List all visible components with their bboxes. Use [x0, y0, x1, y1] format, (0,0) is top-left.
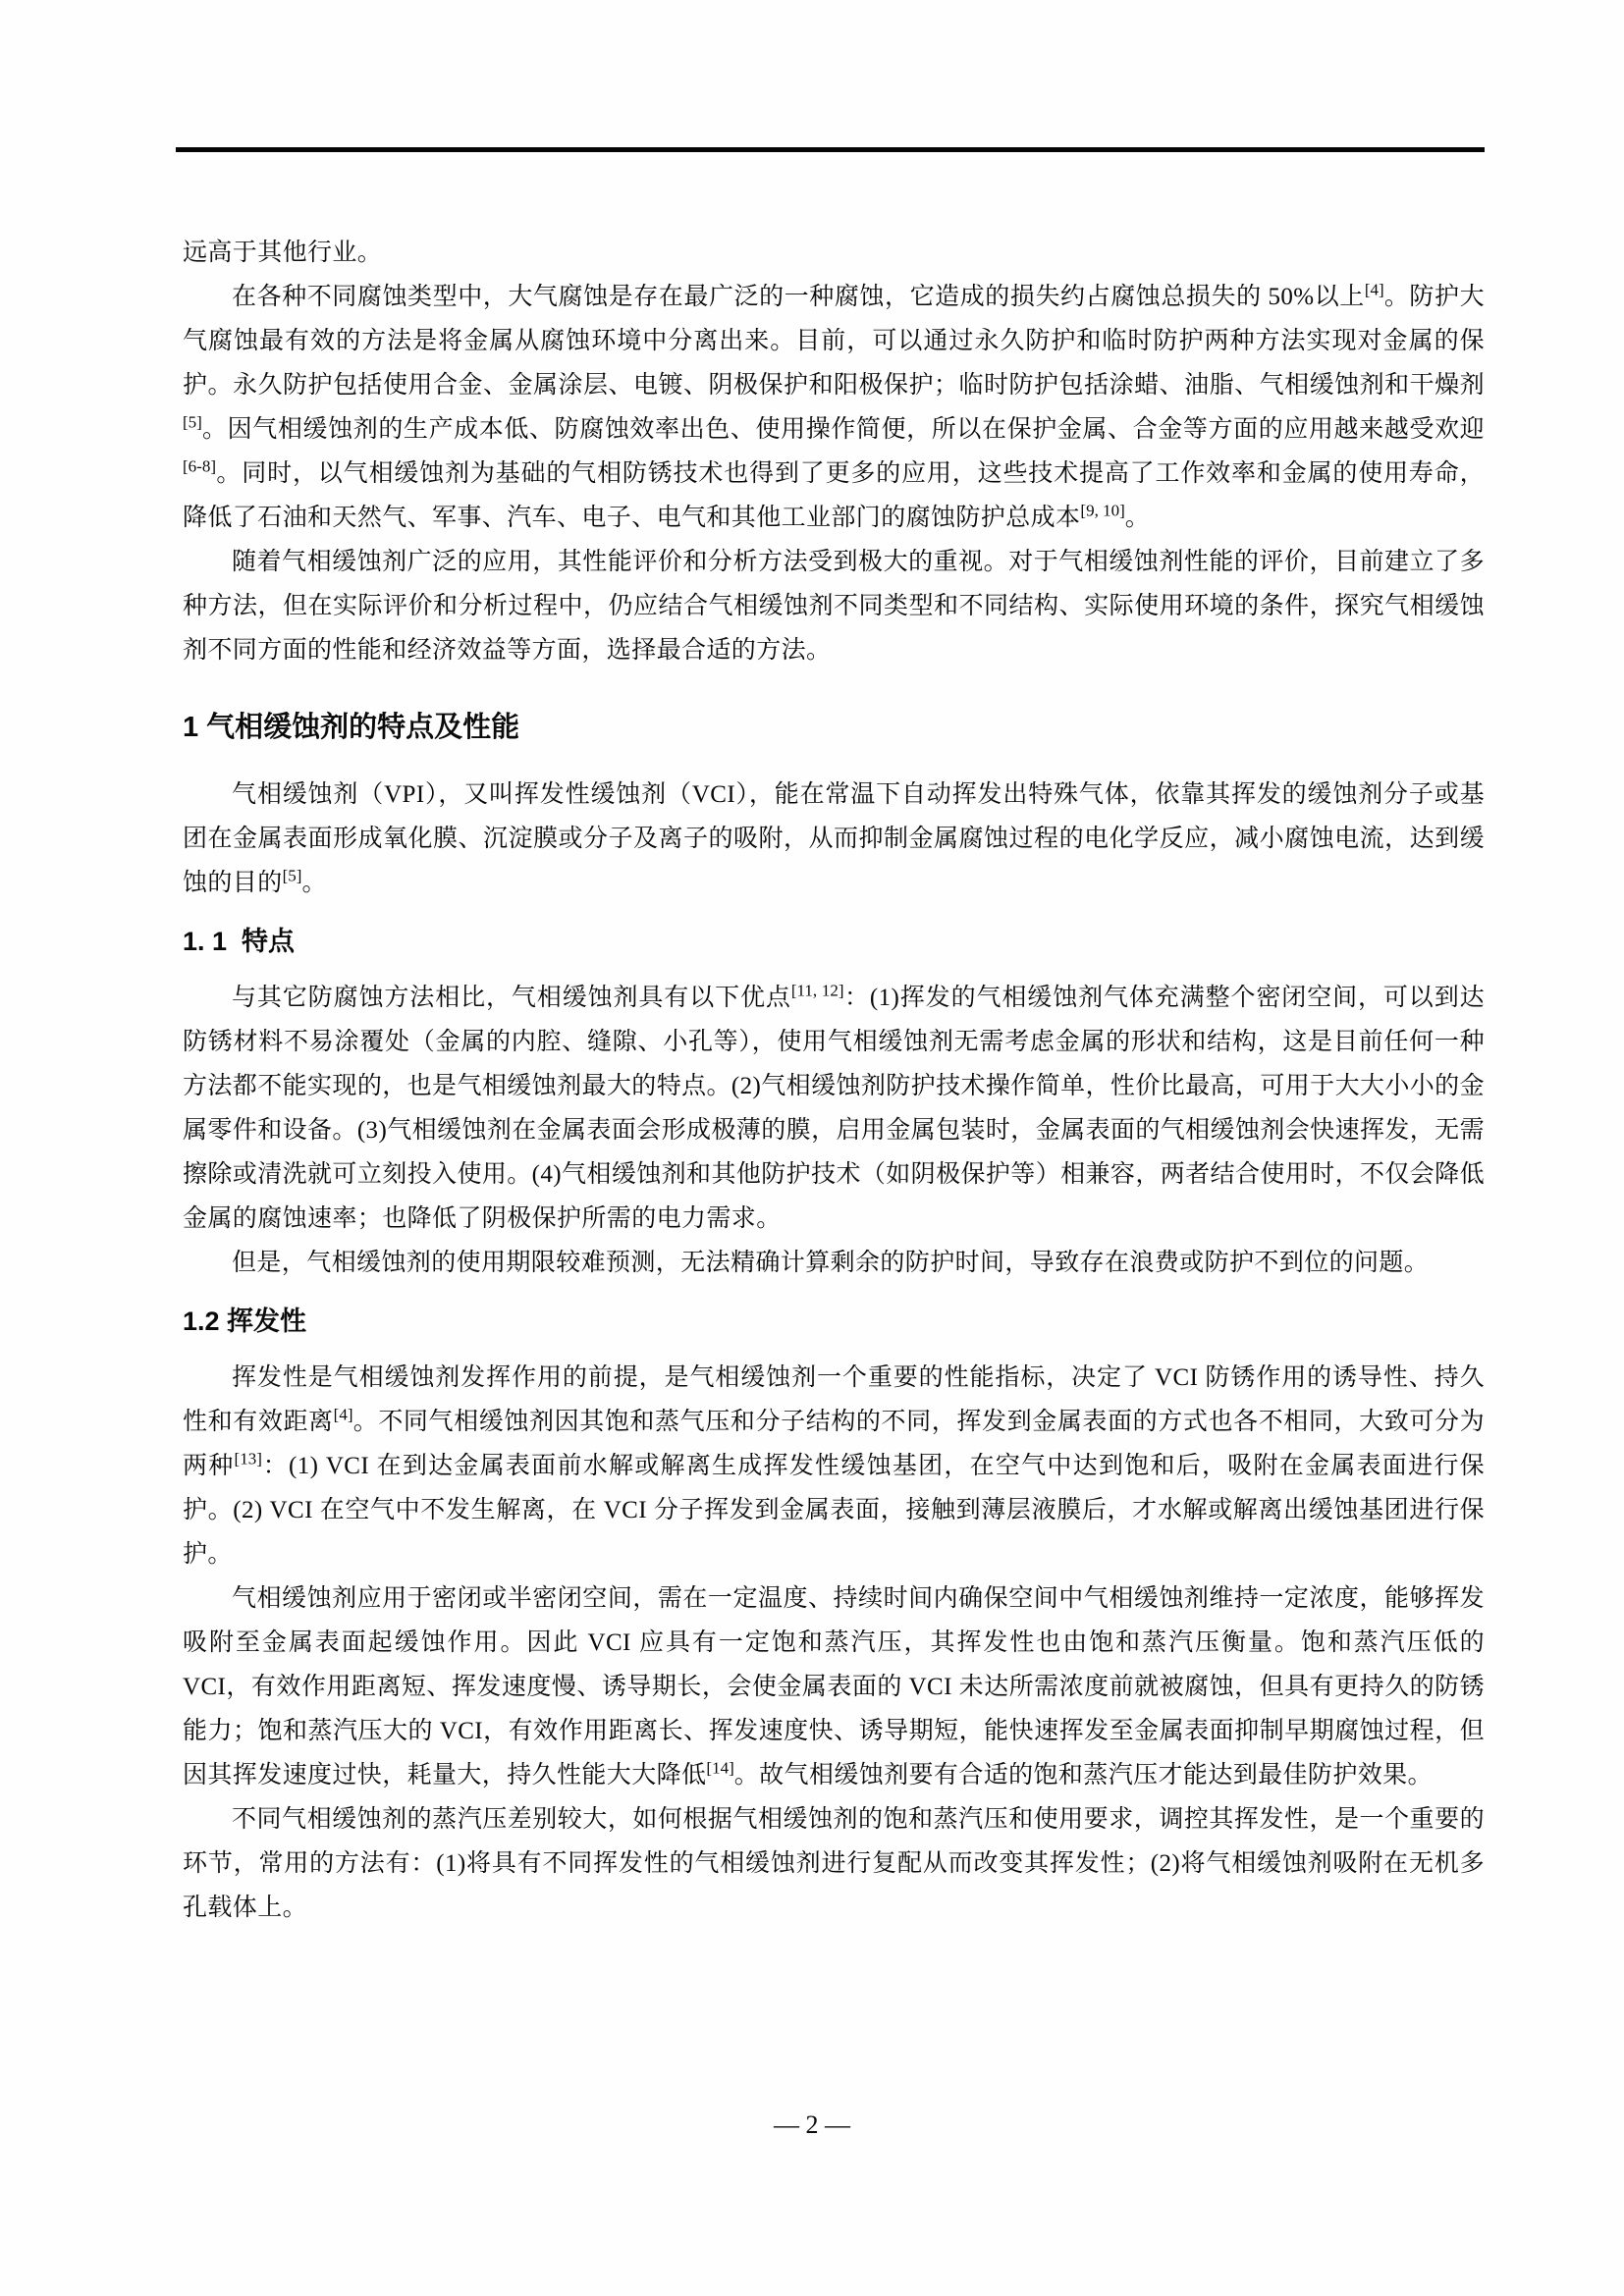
paragraph: 随着气相缓蚀剂广泛的应用，其性能评价和分析方法受到极大的重视。对于气相缓蚀剂性能… — [183, 540, 1485, 672]
reference-marker: [5] — [183, 413, 202, 432]
reference-marker: [14] — [706, 1759, 733, 1778]
paragraph: 远高于其他行业。 — [183, 231, 1485, 275]
paragraph: 气相缓蚀剂应用于密闭或半密闭空间，需在一定温度、持续时间内确保空间中气相缓蚀剂维… — [183, 1576, 1485, 1797]
paragraph: 不同气相缓蚀剂的蒸汽压差别较大，如何根据气相缓蚀剂的饱和蒸汽压和使用要求，调控其… — [183, 1797, 1485, 1930]
reference-marker: [5] — [283, 867, 302, 885]
page-number: — 2 — — [0, 2103, 1624, 2147]
reference-marker: [13] — [235, 1450, 262, 1468]
reference-marker: [4] — [1365, 281, 1384, 299]
paragraph: 但是，气相缓蚀剂的使用期限较难预测，无法精确计算剩余的防护时间，导致存在浪费或防… — [183, 1241, 1485, 1285]
reference-marker: [6-8] — [183, 457, 216, 476]
document-page: 远高于其他行业。在各种不同腐蚀类型中，大气腐蚀是存在最广泛的一种腐蚀，它造成的损… — [0, 0, 1624, 2296]
reference-marker: [4] — [334, 1406, 353, 1424]
paragraph: 与其它防腐蚀方法相比，气相缓蚀剂具有以下优点[11, 12]：(1)挥发的气相缓… — [183, 976, 1485, 1241]
subsection-heading: 1. 1 特点 — [183, 921, 1485, 962]
subsection-heading: 1.2 挥发性 — [183, 1301, 1485, 1342]
document-content: 远高于其他行业。在各种不同腐蚀类型中，大气腐蚀是存在最广泛的一种腐蚀，它造成的损… — [183, 231, 1485, 1930]
section-heading: 1 气相缓蚀剂的特点及性能 — [183, 706, 1485, 749]
header-rule — [176, 147, 1485, 152]
paragraph: 挥发性是气相缓蚀剂发挥作用的前提，是气相缓蚀剂一个重要的性能指标，决定了 VCI… — [183, 1356, 1485, 1576]
reference-marker: [9, 10] — [1080, 502, 1124, 520]
paragraph: 气相缓蚀剂（VPI），又叫挥发性缓蚀剂（VCI），能在常温下自动挥发出特殊气体，… — [183, 773, 1485, 905]
paragraph: 在各种不同腐蚀类型中，大气腐蚀是存在最广泛的一种腐蚀，它造成的损失约占腐蚀总损失… — [183, 275, 1485, 540]
reference-marker: [11, 12] — [791, 982, 844, 1000]
